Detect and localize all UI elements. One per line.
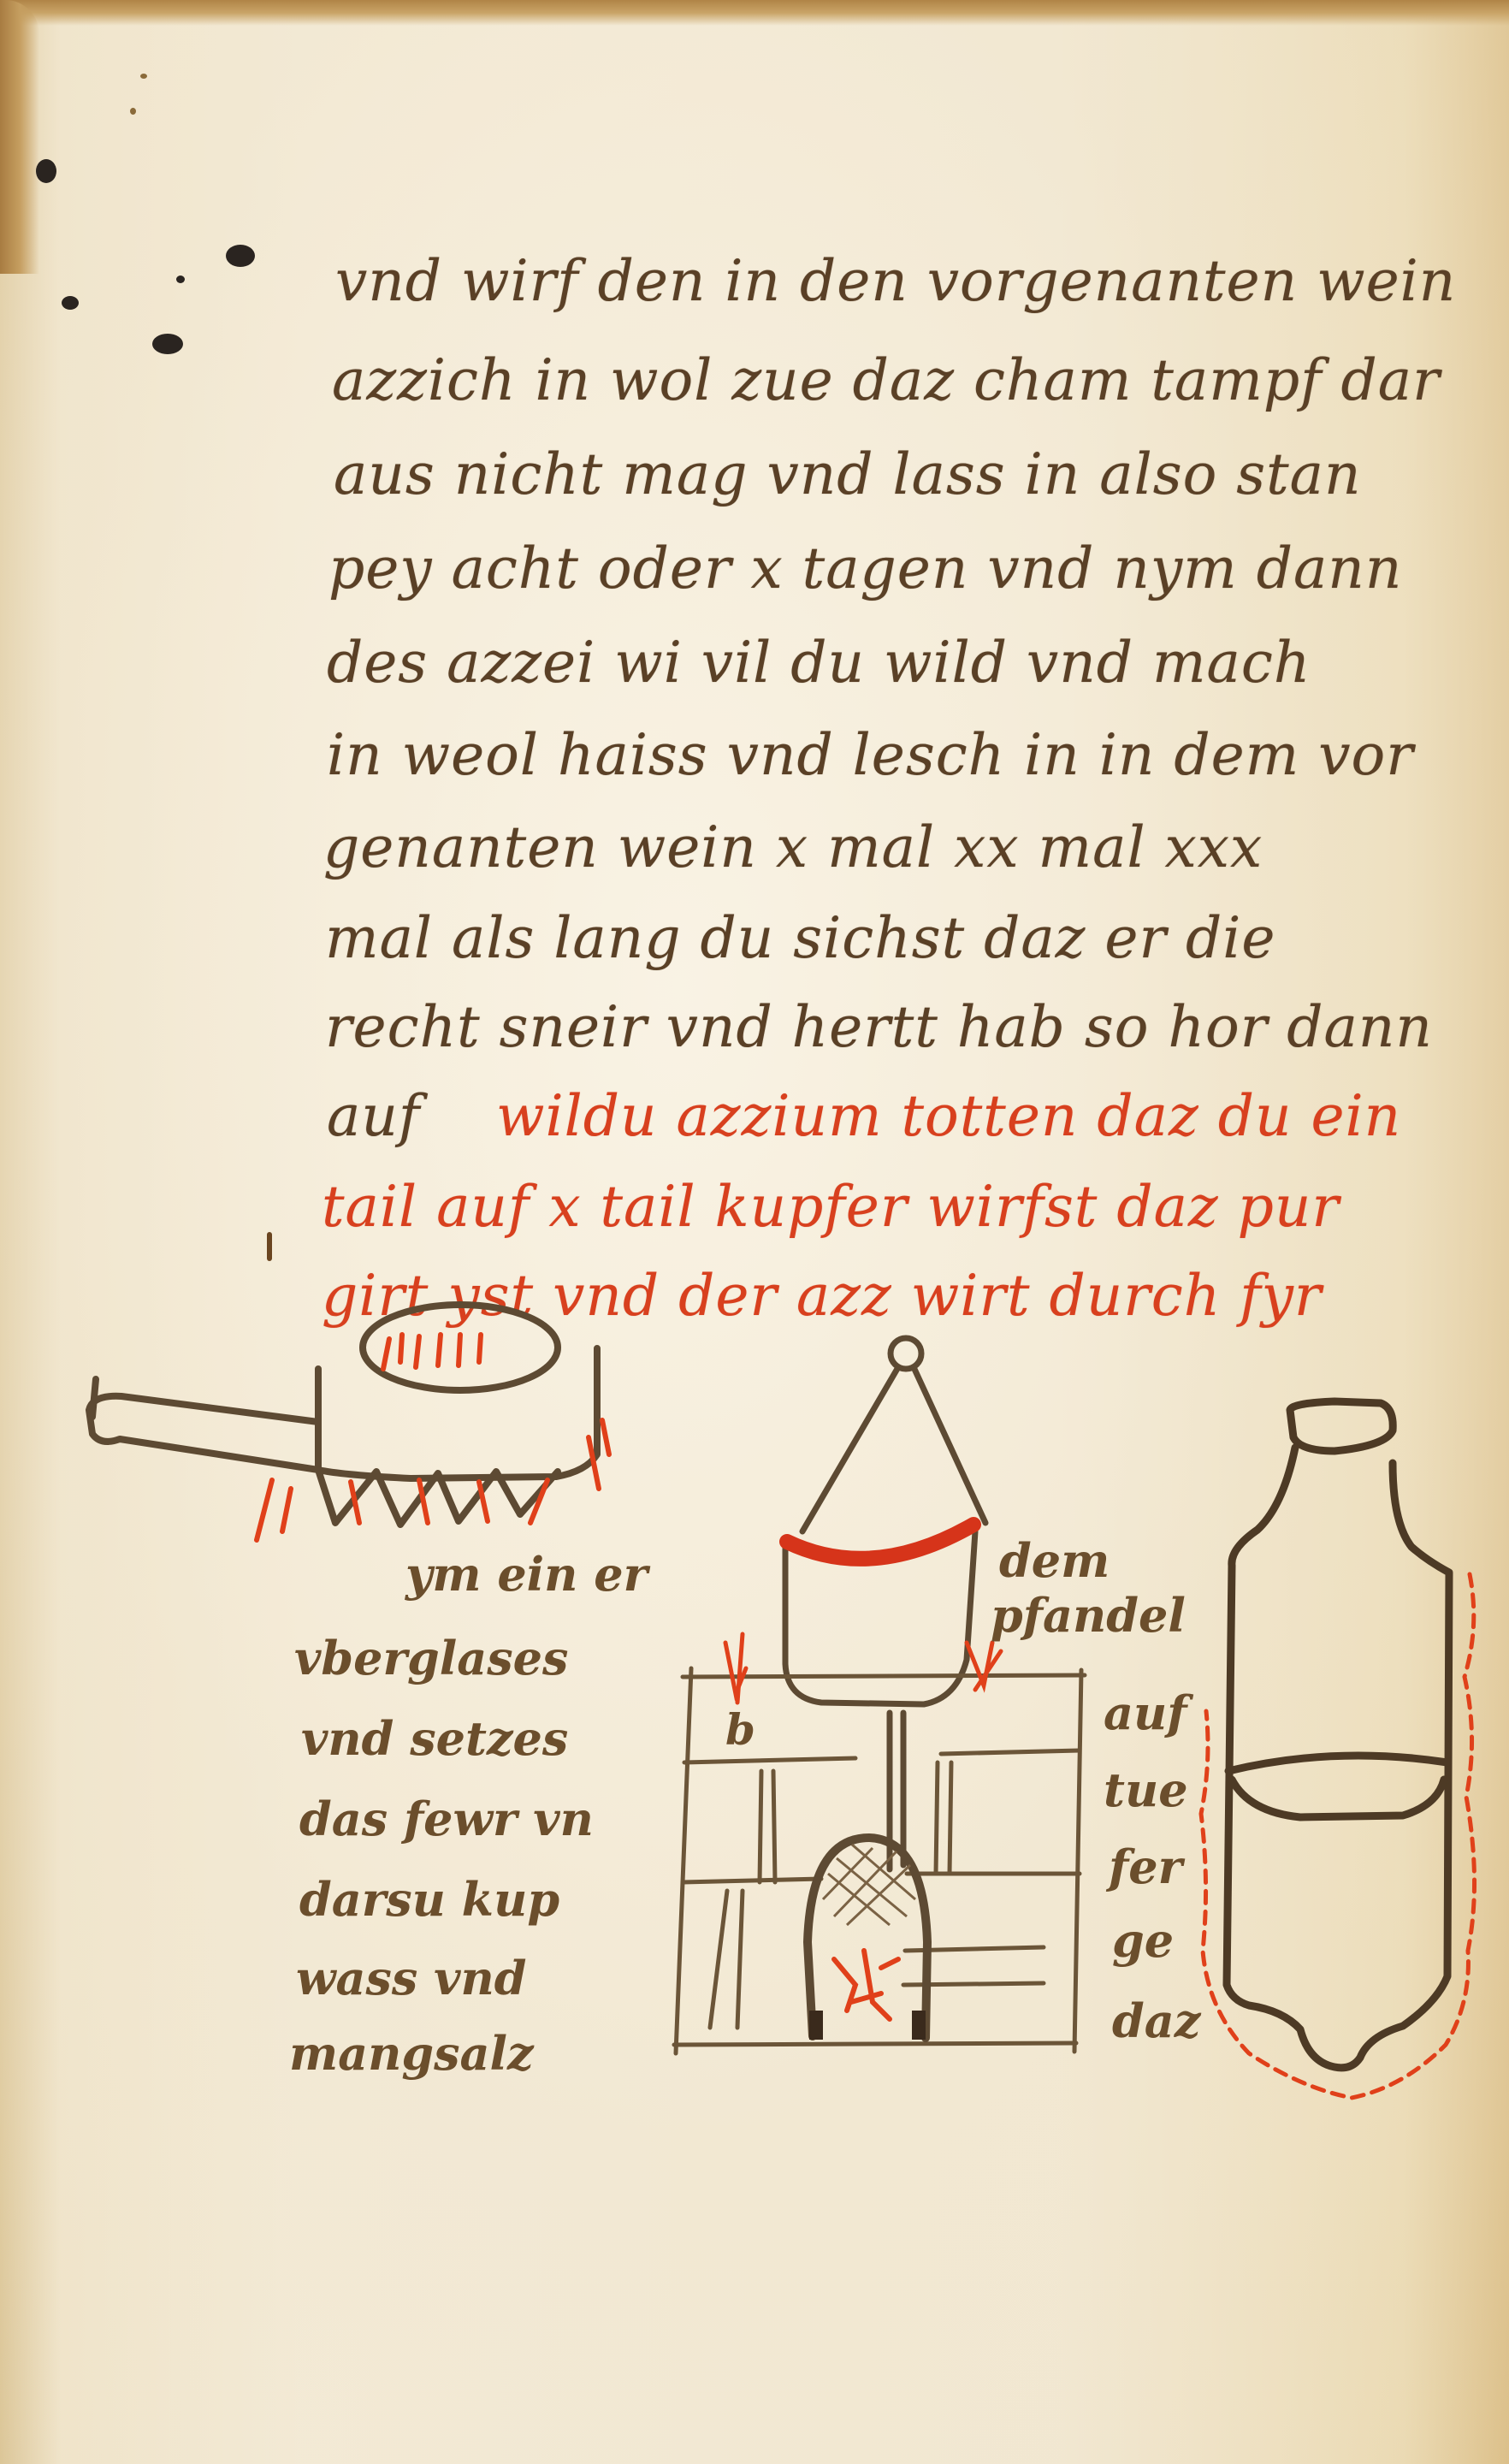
caption-line: daz <box>1112 1993 1200 2048</box>
ink-speck <box>130 108 136 115</box>
caption-line: vberglases <box>294 1631 568 1685</box>
text-line: in weol haiss vnd lesch in in dem vor <box>327 722 1414 788</box>
margin-mark <box>267 1232 272 1261</box>
flame-outline-icon <box>1201 1574 1475 2098</box>
caption-line: mangsalz <box>289 2026 534 2081</box>
grate-icon <box>823 1845 915 1925</box>
rubric-line: girt yst vnd der azz wirt durch fyr <box>322 1263 1322 1329</box>
crucible-rim <box>787 1525 973 1559</box>
binding-corner <box>0 0 39 274</box>
caption-line: das fewr vn <box>299 1792 594 1846</box>
bottle-icon <box>1227 1401 1449 2068</box>
text-line: azzich in wol zue daz cham tampf dar <box>332 347 1441 413</box>
caption-line: ym ein er <box>405 1547 648 1602</box>
fire-icon <box>257 1335 609 1540</box>
ink-speck <box>140 74 147 79</box>
caption-line: wass vnd <box>296 1951 526 2005</box>
fire-icon <box>725 1634 1001 1703</box>
ink-spot <box>226 245 255 267</box>
manuscript-page: vnd wirf den in den vorgenanten wein azz… <box>0 0 1509 2464</box>
rubric-line: tail auf x tail kupfer wirfst daz pur <box>322 1174 1340 1240</box>
text-line: pey acht oder x tagen vnd nym dann <box>328 536 1402 601</box>
furnace-door-icon <box>808 1838 927 2038</box>
caption-line: auf <box>1104 1685 1186 1740</box>
caption-line: pfandel <box>991 1588 1186 1643</box>
rubric-line: wildu azzium totten daz du ein <box>496 1083 1401 1149</box>
caption-line: darsu kup <box>299 1872 559 1927</box>
caption-line: vnd setzes <box>301 1711 568 1766</box>
text-line: des azzei wi vil du wild vnd mach <box>327 630 1311 696</box>
crucible-icon <box>785 1338 985 1869</box>
furnace-fire-icon <box>834 1951 898 2019</box>
ink-spot <box>176 275 185 283</box>
text-line: recht sneir vnd hertt hab so hor dann <box>325 994 1433 1060</box>
ink-spot <box>152 334 183 354</box>
text-line: mal als lang du sichst daz er die <box>325 905 1275 971</box>
furnace-label: b <box>725 1704 755 1755</box>
ink-spot <box>62 296 79 310</box>
ink-spot <box>36 159 56 183</box>
text-line: auf <box>327 1083 420 1149</box>
caption-line: ge <box>1112 1913 1174 1968</box>
text-line: genanten wein x mal xx mal xxx <box>323 814 1263 880</box>
saucepan-icon <box>89 1305 597 1525</box>
text-line: vnd wirf den in den vorgenanten wein <box>335 248 1456 314</box>
caption-line: tue <box>1104 1762 1188 1817</box>
text-line: aus nicht mag vnd lass in also stan <box>334 441 1362 507</box>
furnace-ink-blocks <box>809 2011 926 2040</box>
caption-line: dem <box>999 1533 1110 1588</box>
caption-line: fer <box>1109 1839 1182 1894</box>
binding-edge <box>0 0 1509 26</box>
